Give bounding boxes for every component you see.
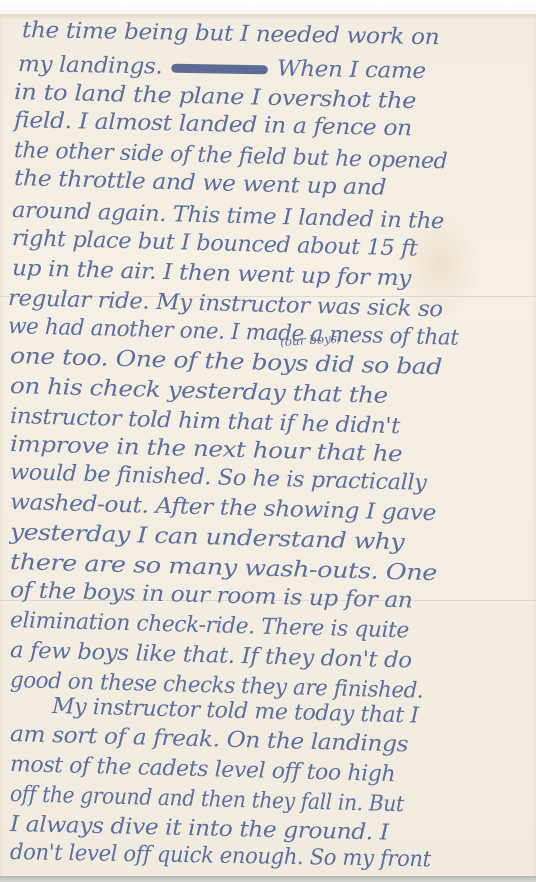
crossed-out-word	[171, 63, 268, 74]
scan-bottom-edge	[0, 876, 536, 882]
text-fragment: my landings.	[18, 52, 163, 80]
scan-top-margin	[0, 0, 536, 14]
text-fragment: When I came	[277, 57, 426, 85]
